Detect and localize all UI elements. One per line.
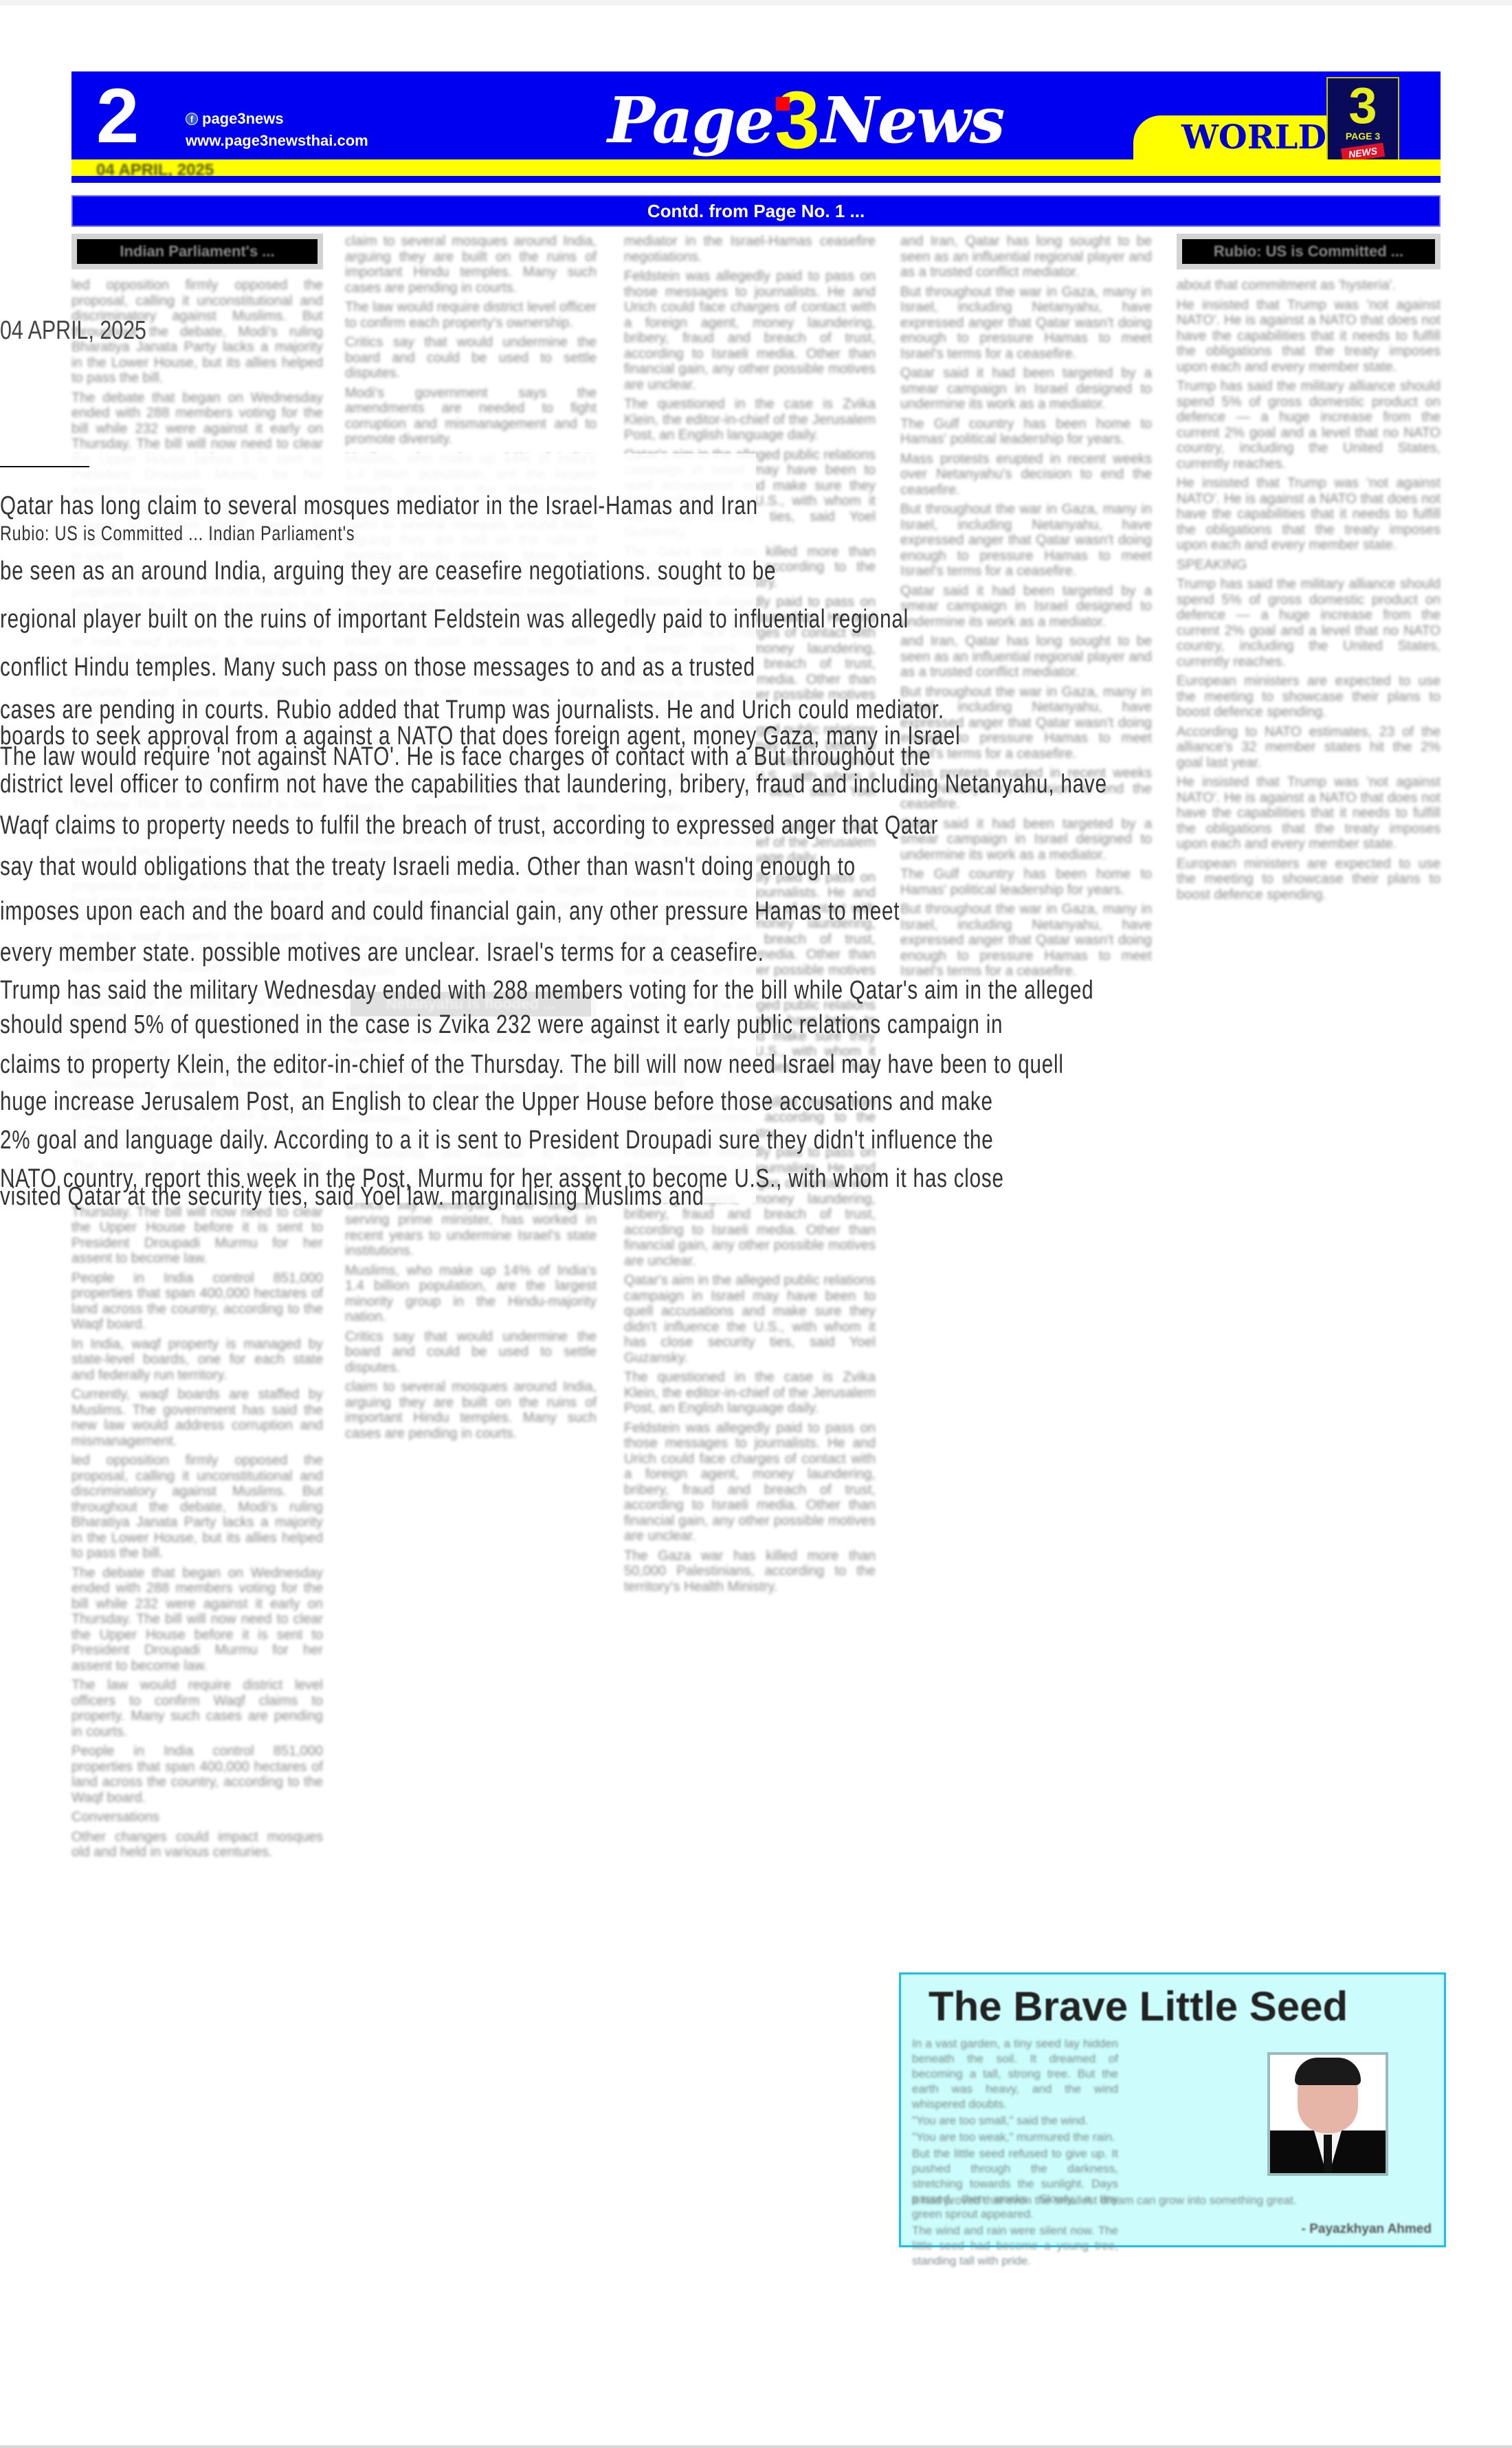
stray-date-fragment: 04 APRIL, 2025 <box>0 316 146 346</box>
paragraph: The law would require district level off… <box>345 300 597 331</box>
overlay-line: Trump has said the military Wednesday en… <box>0 976 1093 1005</box>
overlay-line: regional player built on the ruins of im… <box>0 605 909 634</box>
paragraph: European ministers are expected to use t… <box>1177 856 1441 903</box>
stray-rule <box>0 466 89 467</box>
paragraph: It had proved that even the smallest dre… <box>912 2193 1434 2208</box>
top-strip <box>0 0 1512 5</box>
logo-word-right: News <box>821 86 1004 155</box>
paragraph: In India, waqf property is managed by st… <box>71 1337 323 1383</box>
paragraph: mediator in the Israel-Hamas ceasefire n… <box>624 234 876 265</box>
paragraph: "You are too small," said the wind. <box>912 2113 1118 2128</box>
paragraph: about that commitment as 'hysteria'. <box>1177 278 1441 293</box>
paragraph: Muslims, who make up 14% of India's 1.4 … <box>345 1263 597 1325</box>
overlay-line: Waqf claims to property needs to fulfil … <box>0 811 938 841</box>
facebook-handle: page3news <box>202 110 284 128</box>
paragraph-subhead: Conversations <box>71 1810 323 1825</box>
overlay-line: say that would obligations that the trea… <box>0 852 856 882</box>
paragraph: According to NATO estimates, 23 of the a… <box>1177 724 1441 771</box>
paragraph: Feldstein was allegedly paid to pass on … <box>624 1421 876 1544</box>
overlay-line: cases are pending in courts. Rubio added… <box>0 696 944 725</box>
paragraph: Critics say that would undermine the boa… <box>345 335 597 381</box>
paragraph: The debate that began on Wednesday ended… <box>71 1566 323 1674</box>
overlay-line: 2% goal and language daily. According to… <box>0 1126 994 1155</box>
paragraph: The Gulf country has been home to Hamas'… <box>900 416 1152 447</box>
feature-text-side: In a vast garden, a tiny seed lay hidden… <box>912 2036 1118 2270</box>
paragraph: Critics say that would undermine the boa… <box>345 1329 597 1376</box>
paragraph: But the little seed refused to give up. … <box>912 2146 1118 2222</box>
paragraph: Modi's government says the amendments ar… <box>345 386 597 447</box>
feature-box-brave-little-seed: The Brave Little Seed In a vast garden, … <box>899 1972 1446 2247</box>
overlay-line: should spend 5% of questioned in the cas… <box>0 1010 1003 1040</box>
paragraph: The Gulf country has been home to Hamas'… <box>900 867 1152 898</box>
page-number: 2 <box>96 78 139 154</box>
article-column-4: and Iran, Qatar has long sought to be se… <box>900 234 1152 983</box>
facebook-link[interactable]: f page3news <box>186 110 284 128</box>
paragraph: led opposition firmly opposed the propos… <box>71 1453 323 1561</box>
paragraph: The wind and rain were silent now. The l… <box>912 2223 1118 2269</box>
masthead-bottom-rule <box>71 176 1441 183</box>
paragraph: Other changes could impact mosques old a… <box>71 1829 323 1860</box>
headline-rubio-committed[interactable]: Rubio: US is Committed ... <box>1177 234 1441 269</box>
date-strip: 04 APRIL, 2025 <box>71 159 1441 176</box>
logo-number: 3 <box>775 86 820 155</box>
overlay-line: conflict Hindu temples. Many such pass o… <box>0 653 755 682</box>
page3-badge-logo: 3 PAGE 3 NEWS <box>1326 77 1399 173</box>
paragraph: But throughout the war in Gaza, many in … <box>900 902 1152 979</box>
masthead: 2 f page3news www.page3newsthai.com Page… <box>71 71 1441 172</box>
paragraph: European ministers are expected to use t… <box>1177 674 1441 720</box>
paragraph: People in India control 851,000 properti… <box>71 1271 323 1333</box>
paragraph: But throughout the war in Gaza, many in … <box>900 285 1152 362</box>
paragraph: Trump has said the military alliance sho… <box>1177 577 1441 669</box>
paragraph: Trump has said the military alliance sho… <box>1177 379 1441 471</box>
paragraph: He insisted that Trump was 'not against … <box>1177 476 1441 553</box>
paragraph: claim to several mosques around India, a… <box>345 1379 597 1441</box>
paragraph: Qatar said it had been targeted by a sme… <box>900 583 1152 630</box>
paragraph: Feldstein was allegedly paid to pass on … <box>624 269 876 392</box>
feature-title: The Brave Little Seed <box>929 1983 1348 2030</box>
paragraph-subhead: SPEAKING <box>1177 557 1441 573</box>
paragraph: Currently, waqf boards are staffed by Mu… <box>71 1387 323 1449</box>
overlay-line: be seen as an around India, arguing they… <box>0 557 776 586</box>
overlay-line: huge increase Jerusalem Post, an English… <box>0 1087 993 1117</box>
paragraph: Qatar said it had been targeted by a sme… <box>900 366 1152 412</box>
newspaper-logo: Page 3 News <box>608 82 1003 158</box>
paragraph: claim to several mosques around India, a… <box>345 234 597 296</box>
paragraph: Feldstein was allegedly paid to pass on … <box>624 870 876 994</box>
logo-word-left: Page <box>608 86 773 155</box>
feature-author: - Payazkhyan Ahmed <box>1302 2222 1432 2237</box>
paragraph: The Gaza war has killed more than 50,000… <box>624 1548 876 1595</box>
website-link[interactable]: www.page3newsthai.com <box>186 132 368 150</box>
facebook-icon: f <box>186 113 198 125</box>
paragraph: The debate that began on Wednesday ended… <box>71 390 323 499</box>
overlay-line: visited Qatar at the security ties, said… <box>0 1182 704 1212</box>
overlay-line: Qatar has long claim to several mosques … <box>0 491 758 521</box>
paragraph: "You are too weak," murmured the rain. <box>912 2130 1118 2145</box>
overlay-line: imposes upon each and the board and coul… <box>0 897 900 926</box>
overlay-line: Rubio: US is Committed ... Indian Parlia… <box>0 522 355 546</box>
paragraph: and Iran, Qatar has long sought to be se… <box>900 234 1152 280</box>
paragraph: The questioned in the case is Zvika Klei… <box>624 397 876 443</box>
feature-text-full: It had proved that even the smallest dre… <box>912 2193 1434 2208</box>
page-bottom-rule <box>0 2445 1512 2448</box>
overlay-line: claims to property Klein, the editor-in-… <box>0 1050 1064 1080</box>
paragraph: He insisted that Trump was 'not against … <box>1177 298 1441 375</box>
paragraph: Qatar's aim in the alleged public relati… <box>624 1273 876 1366</box>
overlay-line: boards to seek approval from a against a… <box>0 722 961 751</box>
paragraph: Mass protests erupted in recent weeks ov… <box>900 452 1152 498</box>
continued-banner: Contd. from Page No. 1 ... <box>71 195 1441 227</box>
overlay-line: district level officer to confirm not ha… <box>0 770 1107 799</box>
badge-number: 3 <box>1348 81 1377 131</box>
section-label: WORLD <box>1181 115 1326 159</box>
author-photo <box>1267 2052 1388 2176</box>
paragraph: The questioned in the case is Zvika Klei… <box>624 1370 876 1416</box>
paragraph: and Iran, Qatar has long sought to be se… <box>900 634 1152 680</box>
article-column-1: Indian Parliament's ... led opposition f… <box>71 234 323 1865</box>
paragraph: The law would require district level off… <box>71 1678 323 1739</box>
badge-line1: PAGE 3 <box>1346 131 1380 142</box>
headline-indian-parliament[interactable]: Indian Parliament's ... <box>71 234 323 269</box>
paragraph: People in India control 851,000 properti… <box>71 1744 323 1805</box>
continued-label: Contd. from Page No. 1 ... <box>647 201 865 222</box>
paragraph: In a vast garden, a tiny seed lay hidden… <box>912 2036 1118 2112</box>
overlay-line: every member state. possible motives are… <box>0 938 764 968</box>
paragraph: But throughout the war in Gaza, many in … <box>900 502 1152 579</box>
paragraph: He insisted that Trump was 'not against … <box>1177 775 1441 852</box>
article-column-5: Rubio: US is Committed ... about that co… <box>1177 234 1441 906</box>
